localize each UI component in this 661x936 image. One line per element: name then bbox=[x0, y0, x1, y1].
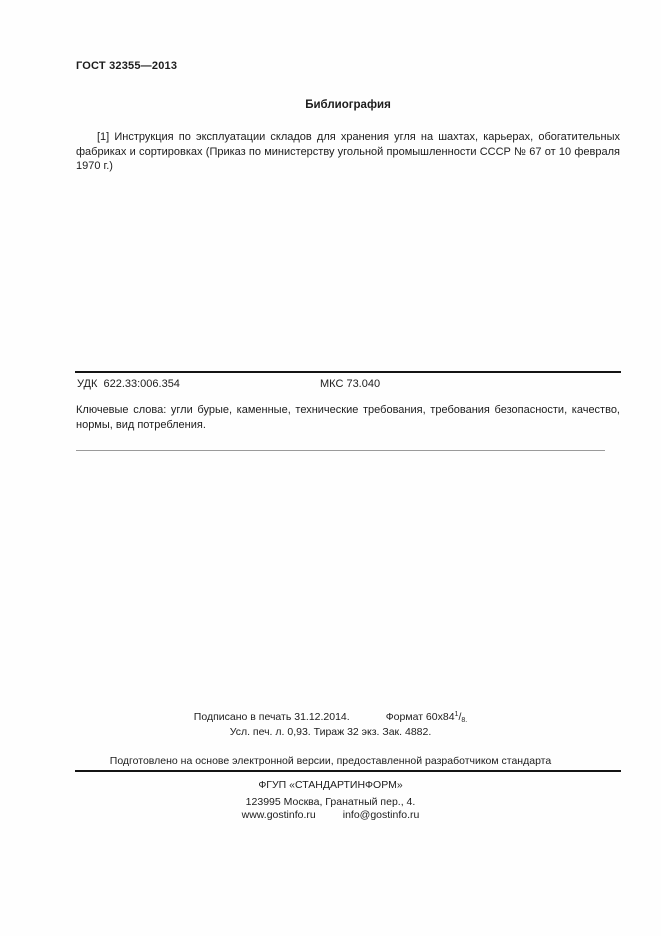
imprint-print-details: Усл. печ. л. 0,93. Тираж 32 экз. Зак. 48… bbox=[0, 726, 661, 738]
publisher-address: 123995 Москва, Гранатный пер., 4. bbox=[0, 796, 661, 808]
format-fraction-denominator: 8. bbox=[461, 717, 467, 724]
signed-to-print-text: Подписано в печать 31.12.2014. bbox=[194, 711, 350, 723]
classification-row: УДК 622.33:006.354 МКС 73.040 bbox=[0, 378, 661, 392]
separator-rule bbox=[76, 450, 605, 451]
footer-rule bbox=[75, 770, 621, 772]
publisher-name: ФГУП «СТАНДАРТИНФОРМ» bbox=[0, 779, 661, 791]
document-page: ГОСТ 32355—2013 Библиография [1] Инструк… bbox=[0, 0, 661, 936]
publisher-contacts: www.gostinfo.ruinfo@gostinfo.ru bbox=[0, 809, 661, 821]
prepared-note: Подготовлено на основе электронной верси… bbox=[0, 755, 661, 767]
udk-code: УДК 622.33:006.354 bbox=[77, 378, 180, 390]
keywords-paragraph: Ключевые слова: угли бурые, каменные, те… bbox=[76, 403, 620, 433]
imprint-line-signed: Подписано в печать 31.12.2014.Формат 60х… bbox=[0, 711, 661, 724]
mks-code: МКС 73.040 bbox=[320, 378, 380, 390]
top-rule bbox=[75, 371, 621, 373]
doc-number: ГОСТ 32355—2013 bbox=[76, 60, 177, 72]
bibliography-entry: [1] Инструкция по эксплуатации складов д… bbox=[76, 130, 620, 174]
section-title: Библиография bbox=[75, 99, 621, 111]
format-text: Формат 60х84 bbox=[386, 711, 455, 723]
publisher-email: info@gostinfo.ru bbox=[343, 809, 420, 821]
publisher-website: www.gostinfo.ru bbox=[242, 809, 316, 821]
